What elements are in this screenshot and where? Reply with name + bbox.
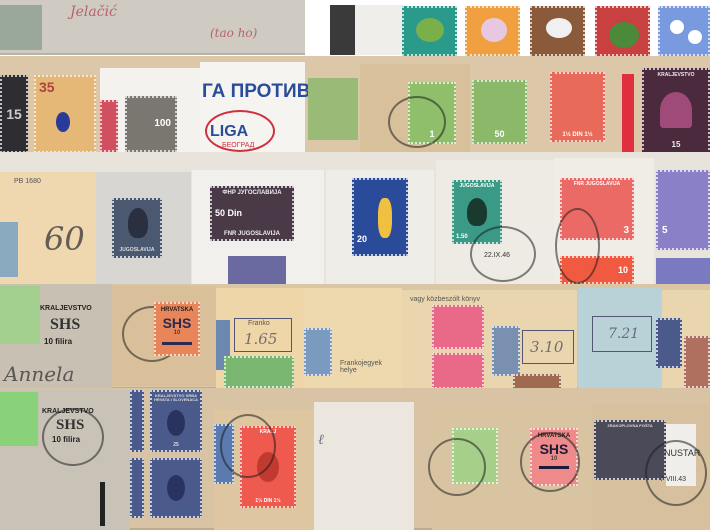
green-stamp-postmark	[428, 438, 486, 496]
plant-stamp-red	[595, 6, 650, 56]
stamp-red-small	[100, 100, 118, 152]
franko-amount-2: 3.10	[530, 338, 563, 356]
blue-stamp-block-3	[130, 458, 144, 518]
green-stamp-bottom	[0, 392, 38, 446]
white-envelope-bottom	[314, 402, 414, 530]
plant-stamp-blue	[658, 6, 710, 56]
green-stamp-child	[0, 286, 40, 344]
stamp-35-juniper: 35	[34, 75, 96, 153]
bottom-handwriting: ℓ	[318, 432, 324, 449]
blue-stamp-4b	[304, 328, 332, 376]
top-left-grey-stamp	[0, 5, 42, 50]
red-strip	[622, 74, 634, 154]
plant-stamp-teal	[402, 6, 457, 56]
king-peter-stamp: JUGOSLAVIJA	[112, 198, 162, 258]
nustar-city: NUSTAR	[664, 448, 700, 458]
purple-kraljevstvo-stamp: KRALJEVSTVO15	[642, 68, 710, 154]
airmail-stamp-50din: ФНР ЈУГОСЛАВИЈА50 DinFNR JUGOSLAVIJA	[210, 186, 294, 241]
blue-stamp-4d	[656, 318, 682, 368]
blue-stamp-block-2: KRALJEVSTVO SRBA HRVATA I SLOVENACA25	[150, 390, 202, 452]
overprint1-line3: 10 filira	[44, 338, 72, 346]
franko-amount-1: 1.65	[244, 330, 277, 348]
postmark-date: 22.IX.46	[484, 252, 510, 259]
hungarian-parliament-stamp	[224, 356, 294, 388]
pink-stamp-2	[432, 353, 484, 389]
top-envelope	[0, 0, 305, 55]
pink-stamp-1	[432, 305, 484, 349]
franko-label: Franko	[248, 320, 270, 327]
purple-sea-stamp: 5	[656, 170, 710, 250]
parcel-number-60: 60	[44, 220, 85, 258]
green-stamp-1	[308, 78, 358, 140]
top-bw-stamp	[330, 5, 355, 55]
purple-stamp-2	[656, 258, 710, 284]
small-purple-stamp	[228, 256, 286, 284]
banner-text: ГА ПРОТИВ	[202, 82, 310, 101]
red-stamp-king: 1½ DIN 1½	[550, 72, 605, 142]
black-bar	[100, 482, 105, 526]
parcel-header: vagy közbeszólt könyv	[410, 296, 480, 303]
top-handwriting: Jelačić	[70, 4, 117, 20]
plant-stamp-brown	[530, 6, 585, 56]
blue-stamp-block-1	[130, 390, 144, 452]
brown-stamp-right	[684, 336, 710, 388]
plant-stamp-orange	[465, 6, 520, 56]
red-stamp-postmark	[555, 208, 600, 284]
bottom-left-postmark	[42, 408, 104, 466]
parcel-note: РВ 1680	[14, 178, 41, 185]
blue-stamp-block-4	[150, 458, 202, 518]
overprint1-line1: KRALJEVSTVO	[40, 305, 92, 312]
top-handwriting-2: (tao ho)	[210, 26, 257, 40]
hrvatska-shs-stamp: HRVATSKASHS10	[154, 302, 200, 356]
milanovac-postmark	[388, 96, 446, 148]
chess-stamp-20: 20	[352, 178, 408, 256]
sarajevo-postmark	[220, 414, 276, 478]
green-stamp-50: 50	[472, 80, 527, 144]
parcel-text: Frankojegyek helye	[340, 360, 400, 374]
franko-amount-3: 7.21	[608, 326, 639, 342]
overprint1-line2: SHS	[50, 317, 80, 333]
liga-text: LIGA	[210, 124, 248, 140]
stamp-100-grey: 100	[125, 96, 177, 152]
beograd-text: БЕОГРАД	[222, 142, 254, 149]
handwriting-annela: Annela	[4, 362, 74, 386]
blue-stamp-fragment	[0, 222, 18, 277]
top-white-paper	[355, 5, 405, 55]
hrvatska-postmark	[520, 432, 580, 492]
blue-stamp-4c	[492, 326, 520, 376]
nustar-date: 7 VIII.43	[660, 476, 686, 483]
stamp-15-building: 15	[0, 75, 28, 153]
